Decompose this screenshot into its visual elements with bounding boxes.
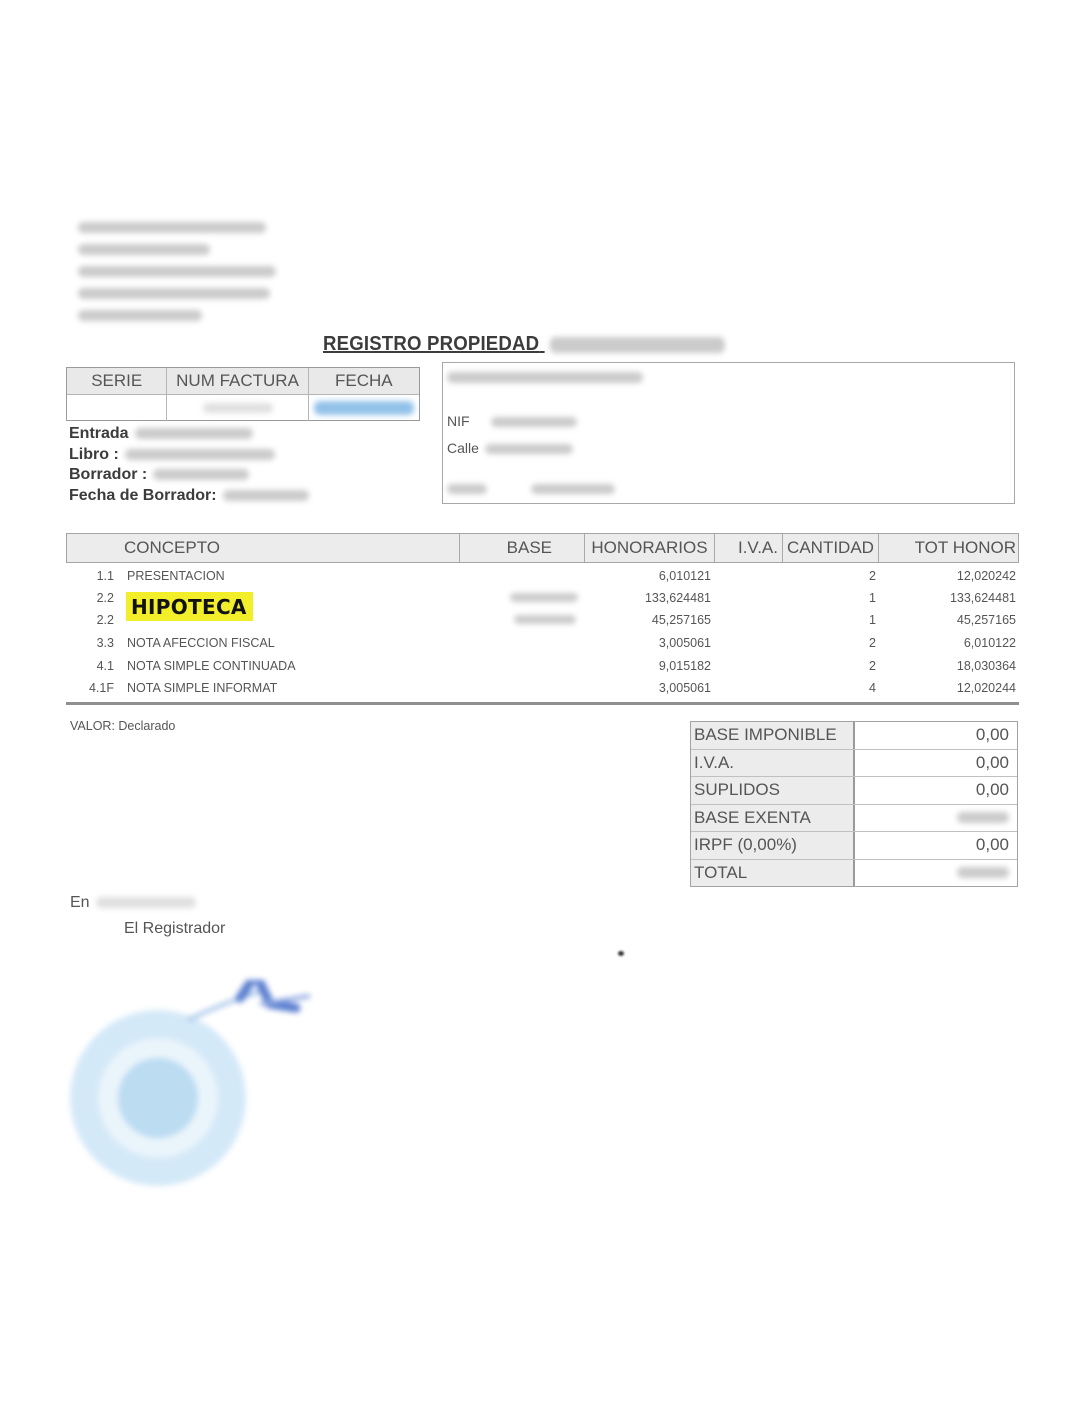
redacted-base-exenta (957, 812, 1009, 823)
table-row: 3.3 NOTA AFECCION FISCAL 3,005061 2 6,01… (66, 632, 1017, 654)
valor-declarado: VALOR: Declarado (70, 719, 175, 733)
redacted-recipient-name (447, 372, 643, 383)
official-stamp-icon (60, 980, 330, 1195)
col-concepto: CONCEPTO (67, 534, 460, 562)
signature-label: El Registrador (124, 920, 225, 938)
invoice-header-table: SERIE NUM FACTURA FECHA (66, 367, 420, 421)
table-bottom-rule (66, 702, 1019, 705)
col-serie: SERIE (67, 368, 167, 394)
totals-row-suplidos: SUPLIDOS 0,00 (691, 776, 1017, 804)
recipient-nif: NIF (447, 413, 577, 429)
borrador-field: Borrador : (69, 465, 309, 486)
redacted-sender-phone (78, 310, 202, 321)
redacted-sender-name (78, 222, 266, 233)
recipient-street: Calle (447, 440, 573, 456)
totals-row-iva: I.V.A. 0,00 (691, 749, 1017, 777)
col-fecha: FECHA (309, 368, 419, 394)
totals-row-irpf: IRPF (0,00%) 0,00 (691, 831, 1017, 859)
redacted-base (514, 615, 576, 624)
col-base: BASE (460, 534, 585, 562)
redacted-recipient-postal (447, 484, 487, 494)
redacted-place (96, 897, 196, 908)
redacted-sender-city (78, 288, 270, 299)
num-factura-value (167, 395, 308, 421)
fecha-value (309, 395, 419, 421)
libro-field: Libro : (69, 445, 309, 466)
fecha-borrador-field: Fecha de Borrador: (69, 486, 309, 507)
recipient-box: NIF Calle (442, 362, 1015, 504)
place-line: En (70, 894, 196, 912)
redacted-sender-street (78, 266, 276, 277)
entrada-field: Entrada (69, 424, 309, 445)
invoice-header-row: SERIE NUM FACTURA FECHA (67, 368, 419, 394)
totals-row-base-imponible: BASE IMPONIBLE 0,00 (691, 722, 1017, 749)
table-row: 1.1 PRESENTACION 6,010121 2 12,020242 (66, 565, 1017, 587)
totals-row-total: TOTAL (691, 859, 1017, 887)
sender-address-block (78, 220, 278, 330)
document-title: REGISTRO PROPIEDAD (323, 333, 725, 356)
totals-row-base-exenta: BASE EXENTA (691, 804, 1017, 832)
redacted-total (957, 867, 1009, 878)
redacted-base (510, 593, 578, 602)
col-iva: I.V.A. (715, 534, 783, 562)
table-row: 4.1F NOTA SIMPLE INFORMAT 3,005061 4 12,… (66, 677, 1017, 699)
table-row: 4.1 NOTA SIMPLE CONTINUADA 9,015182 2 18… (66, 655, 1017, 677)
serie-value (67, 395, 167, 421)
invoice-values-row (67, 394, 419, 421)
ink-dot (618, 951, 624, 956)
col-num-factura: NUM FACTURA (167, 368, 308, 394)
col-tot-honor: TOT HONOR (879, 534, 1018, 562)
registry-meta: Entrada Libro : Borrador : Fecha de Borr… (69, 424, 309, 506)
highlight-label-hipoteca: HIPOTECA (126, 592, 253, 621)
redacted-registry-name (550, 337, 725, 353)
redacted-recipient-city (531, 484, 615, 494)
col-cantidad: CANTIDAD (783, 534, 879, 562)
title-text: REGISTRO PROPIEDAD (323, 333, 539, 355)
concepts-table-header: CONCEPTO BASE HONORARIOS I.V.A. CANTIDAD… (66, 533, 1019, 563)
redacted-sender-id (78, 244, 210, 255)
col-honorarios: HONORARIOS (585, 534, 715, 562)
totals-table: BASE IMPONIBLE 0,00 I.V.A. 0,00 SUPLIDOS… (690, 721, 1018, 887)
